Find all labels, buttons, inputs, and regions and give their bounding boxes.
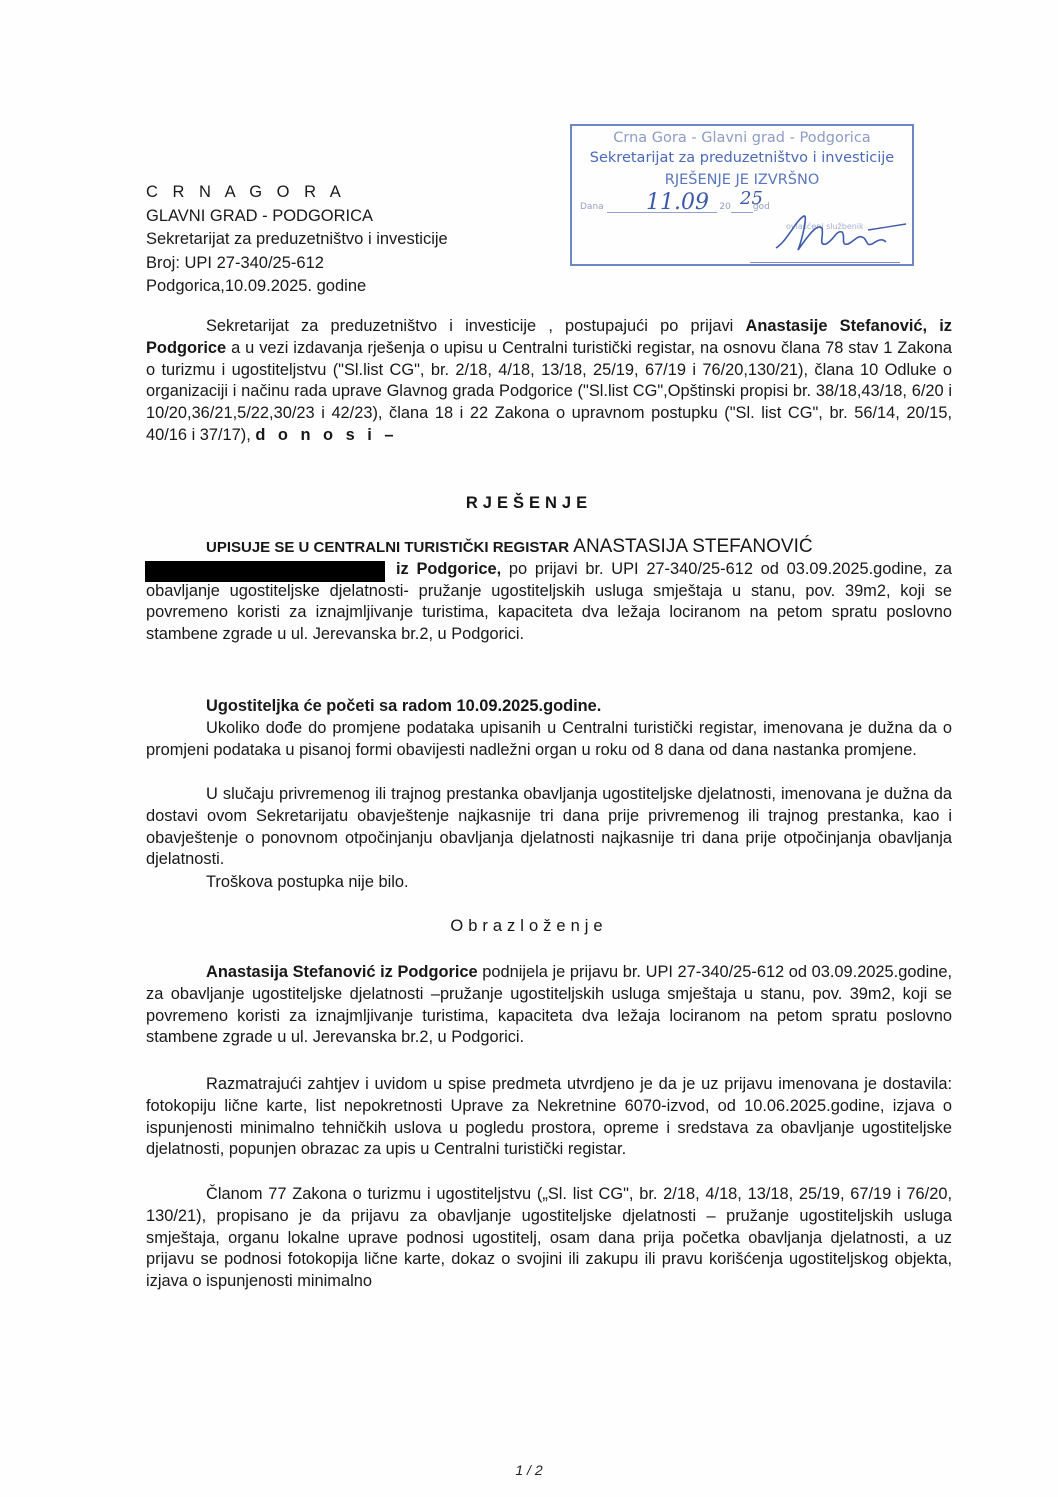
reasoning-paragraph-2: Razmatrajući zahtjev i uvidom u spise pr… bbox=[146, 1074, 952, 1161]
change-paragraph: Ukoliko dođe do promjene podataka upisan… bbox=[146, 718, 952, 762]
intro-text-a: Sekretarijat za preduzetništvo i investi… bbox=[206, 317, 745, 335]
reasoning-name: Anastasija Stefanović iz Podgorice bbox=[206, 963, 478, 981]
enforceability-stamp: Crna Gora - Glavni grad - Podgorica Sekr… bbox=[570, 124, 914, 266]
header-department: Sekretarijat za preduzetništvo i investi… bbox=[146, 228, 448, 252]
stamp-handwritten-date: 11.09 bbox=[646, 190, 709, 215]
stamp-line-department: Sekretarijat za preduzetništvo i investi… bbox=[572, 150, 912, 166]
header-country: C R N A G O R A bbox=[146, 181, 448, 205]
reasoning-title: Obrazloženje bbox=[0, 917, 1058, 936]
reasoning-paragraph-1: Anastasija Stefanović iz Podgorice podni… bbox=[146, 962, 952, 1049]
page-number: 1 / 2 bbox=[0, 1462, 1058, 1478]
header-place-date: Podgorica,10.09.2025. godine bbox=[146, 275, 448, 299]
header-city: GLAVNI GRAD - PODGORICA bbox=[146, 205, 448, 229]
header-case-number: Broj: UPI 27-340/25-612 bbox=[146, 252, 448, 276]
redaction-bar bbox=[145, 561, 385, 582]
costs-paragraph: Troškova postupka nije bilo. bbox=[146, 872, 952, 894]
stamp-line-status: RJEŠENJE JE IZVRŠNO bbox=[572, 172, 912, 188]
cessation-paragraph: U slučaju privremenog ili trajnog presta… bbox=[146, 784, 952, 871]
stamp-date-label: Dana bbox=[580, 202, 604, 212]
stamp-year-prefix: 20 bbox=[719, 202, 730, 212]
stamp-signature-line bbox=[750, 262, 900, 263]
intro-paragraph: Sekretarijat za preduzetništvo i investi… bbox=[146, 316, 952, 447]
decision-name: ANASTASIJA STEFANOVIĆ bbox=[573, 536, 812, 557]
document-page: Crna Gora - Glavni grad - Podgorica Sekr… bbox=[0, 0, 1058, 1497]
start-date-paragraph: Ugostiteljka će početi sa radom 10.09.20… bbox=[146, 696, 952, 718]
signature-icon bbox=[768, 210, 908, 260]
decision-city: iz Podgorice, bbox=[396, 560, 501, 578]
stamp-handwritten-year: 25 bbox=[740, 188, 763, 209]
start-date-text: Ugostiteljka će početi sa radom 10.09.20… bbox=[206, 697, 601, 715]
decision-paragraph: UPISUJE SE U CENTRALNI TURISTIČKI REGIST… bbox=[146, 536, 952, 646]
reasoning-paragraph-3: Članom 77 Zakona o turizmu i ugostiteljs… bbox=[146, 1184, 952, 1293]
stamp-line-authority: Crna Gora - Glavni grad - Podgorica bbox=[572, 130, 912, 146]
document-header: C R N A G O R A GLAVNI GRAD - PODGORICA … bbox=[146, 181, 448, 299]
donosi-label: d o n o s i – bbox=[255, 426, 397, 444]
decision-lead: UPISUJE SE U CENTRALNI TURISTIČKI REGIST… bbox=[206, 539, 573, 556]
decision-title: RJEŠENJE bbox=[0, 494, 1058, 513]
